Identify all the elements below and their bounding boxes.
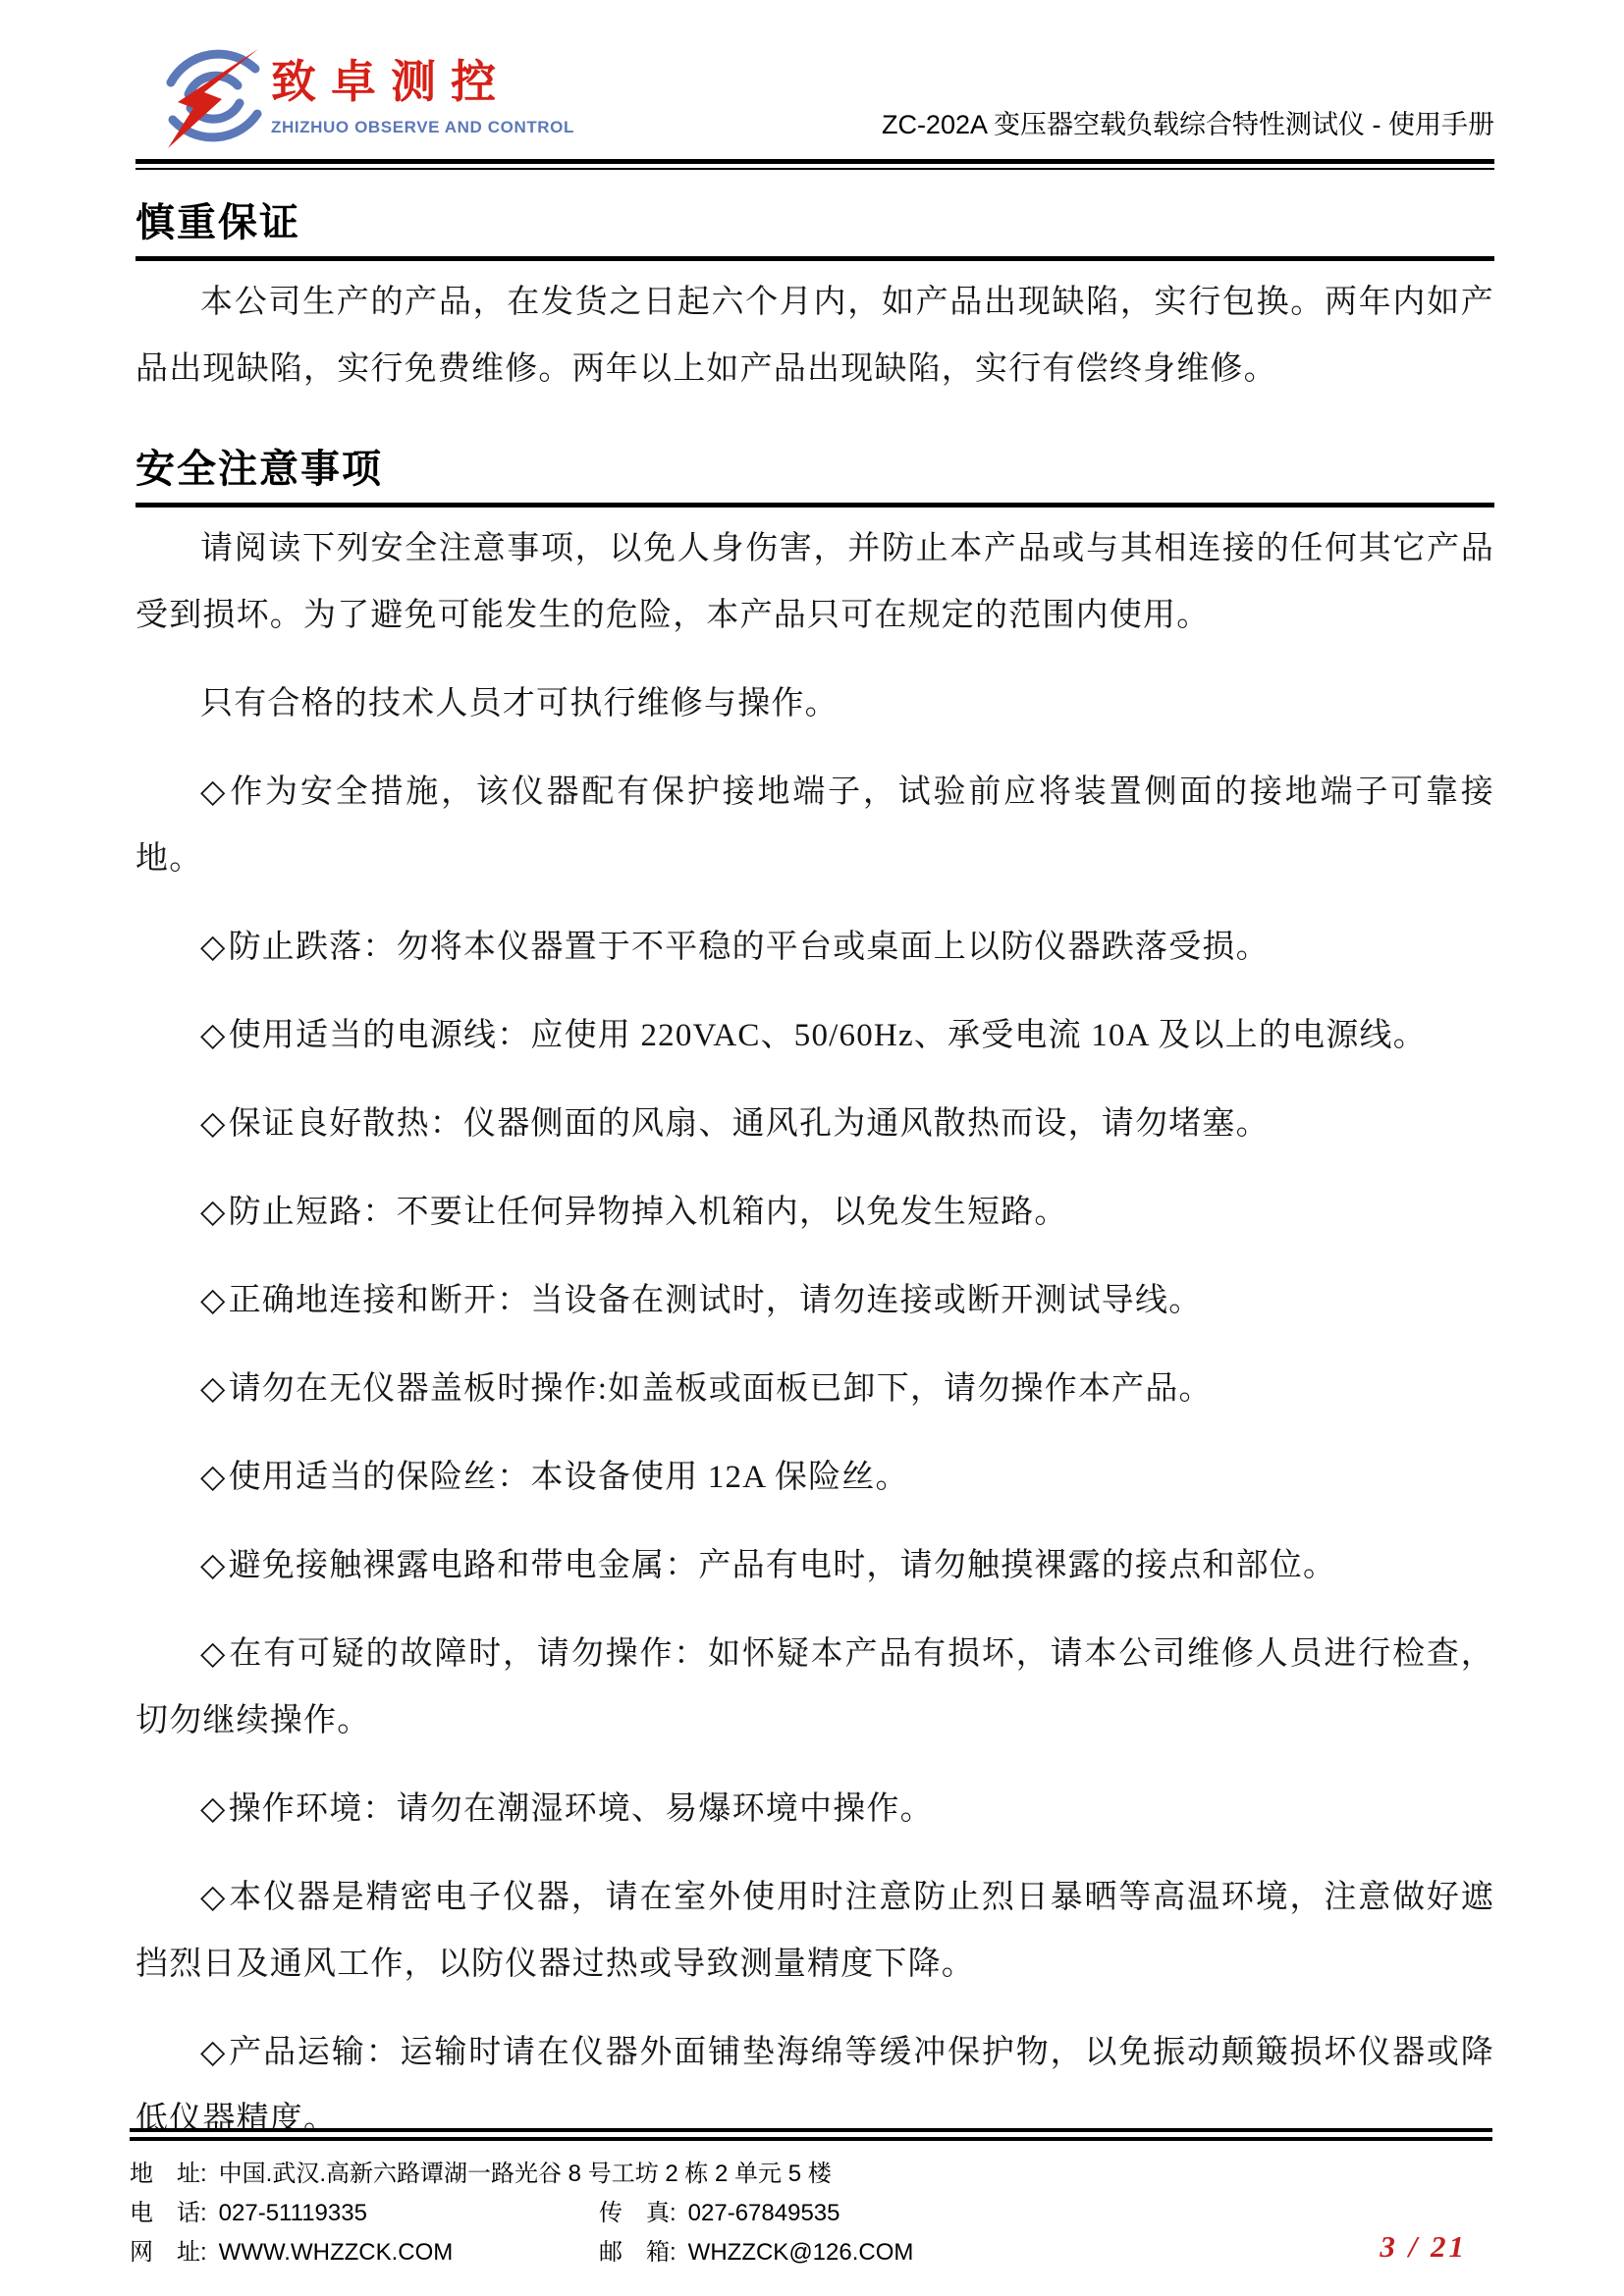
safety-bullet-text: 防止短路：不要让任何异物掉入机箱内，以免发生短路。	[229, 1195, 1068, 1230]
footer-email-value: WHZZCK@126.COM	[688, 2233, 914, 2272]
safety-bullet: ◇在有可疑的故障时，请勿操作：如怀疑本产品有损坏，请本公司维修人员进行检查，切勿…	[135, 1621, 1494, 1754]
safety-bullet-text: 防止跌落：勿将本仪器置于不平稳的平台或桌面上以防仪器跌落受损。	[229, 930, 1270, 965]
diamond-bullet-icon: ◇	[200, 1195, 227, 1230]
safety-bullet-text: 避免接触裸露电路和带电金属：产品有电时，请勿触摸裸露的接点和部位。	[229, 1548, 1337, 1583]
footer-email: 邮 箱: WHZZCK@126.COM	[599, 2233, 913, 2272]
footer-row-phone-fax: 电 话: 027-51119335 传 真: 027-67849535	[130, 2194, 1492, 2233]
doc-title: ZC-202A 变压器空载负载综合特性测试仪 - 使用手册	[882, 103, 1494, 141]
safety-bullet-text: 产品运输：运输时请在仪器外面铺垫海绵等缓冲保护物，以免振动颠簸损坏仪器或降低仪器…	[135, 2035, 1494, 2137]
diamond-bullet-icon: ◇	[200, 930, 227, 965]
heading-rule-warranty	[135, 256, 1494, 261]
safety-bullet: ◇使用适当的保险丝：本设备使用 12A 保险丝。	[135, 1444, 1494, 1511]
safety-bullet-text: 使用适当的保险丝：本设备使用 12A 保险丝。	[229, 1460, 909, 1495]
safety-bullet: ◇使用适当的电源线：应使用 220VAC、50/60Hz、承受电流 10A 及以…	[135, 1002, 1494, 1069]
footer-row-web-mail: 网 址: WWW.WHZZCK.COM 邮 箱: WHZZCK@126.COM	[130, 2233, 1492, 2272]
safety-bullet: ◇防止跌落：勿将本仪器置于不平稳的平台或桌面上以防仪器跌落受损。	[135, 914, 1494, 981]
section-heading-safety: 安全注意事项	[135, 446, 1494, 493]
footer-phone: 电 话: 027-51119335	[130, 2194, 599, 2233]
safety-bullet-text: 正确地连接和断开：当设备在测试时，请勿连接或断开测试导线。	[229, 1283, 1203, 1318]
warranty-paragraph: 本公司生产的产品，在发货之日起六个月内，如产品出现缺陷，实行包换。两年内如产品出…	[135, 269, 1494, 402]
footer-website-value: WWW.WHZZCK.COM	[219, 2233, 454, 2272]
page-number: 3 / 21	[1380, 2229, 1467, 2265]
footer-address: 地 址: 中国.武汉.高新六路谭湖一路光谷 8 号工坊 2 栋 2 单元 5 楼	[130, 2155, 832, 2194]
footer-row-address: 地 址: 中国.武汉.高新六路谭湖一路光谷 8 号工坊 2 栋 2 单元 5 楼	[130, 2155, 1492, 2194]
safety-bullet: ◇操作环境：请勿在潮湿环境、易爆环境中操作。	[135, 1776, 1494, 1842]
footer-fax-label: 传 真:	[599, 2194, 677, 2233]
brand-logo: 致卓测控 ZHIZHUO OBSERVE AND CONTROL	[161, 29, 574, 151]
safety-bullet: ◇作为安全措施，该仪器配有保护接地端子，试验前应将装置侧面的接地端子可靠接地。	[135, 759, 1494, 892]
brand-name: 致卓测控	[271, 59, 574, 104]
footer-address-label: 地 址:	[130, 2155, 207, 2194]
diamond-bullet-icon: ◇	[200, 774, 228, 810]
safety-bullet: ◇正确地连接和断开：当设备在测试时，请勿连接或断开测试导线。	[135, 1267, 1494, 1334]
footer-address-value: 中国.武汉.高新六路谭湖一路光谷 8 号工坊 2 栋 2 单元 5 楼	[219, 2155, 832, 2194]
header-rule	[135, 159, 1494, 170]
footer-fax: 传 真: 027-67849535	[599, 2194, 840, 2233]
safety-bullet: ◇防止短路：不要让任何异物掉入机箱内，以免发生短路。	[135, 1179, 1494, 1246]
page-footer: 地 址: 中国.武汉.高新六路谭湖一路光谷 8 号工坊 2 栋 2 单元 5 楼…	[130, 2128, 1492, 2272]
safety-bullet: ◇保证良好散热：仪器侧面的风扇、通风孔为通风散热而设，请勿堵塞。	[135, 1091, 1494, 1157]
footer-fax-value: 027-67849535	[688, 2194, 840, 2233]
footer-phone-label: 电 话:	[130, 2194, 207, 2233]
diamond-bullet-icon: ◇	[200, 1283, 227, 1318]
brand-logo-icon	[161, 47, 265, 151]
diamond-bullet-icon: ◇	[200, 2035, 227, 2070]
safety-bullet-text: 作为安全措施，该仪器配有保护接地端子，试验前应将装置侧面的接地端子可靠接地。	[135, 774, 1494, 877]
safety-bullet: ◇请勿在无仪器盖板时操作:如盖板或面板已卸下，请勿操作本产品。	[135, 1356, 1494, 1422]
heading-rule-safety	[135, 503, 1494, 507]
page-header: 致卓测控 ZHIZHUO OBSERVE AND CONTROL ZC-202A…	[135, 0, 1494, 151]
safety-personnel-paragraph: 只有合格的技术人员才可执行维修与操作。	[135, 670, 1494, 737]
safety-bullet: ◇避免接触裸露电路和带电金属：产品有电时，请勿触摸裸露的接点和部位。	[135, 1532, 1494, 1599]
safety-bullet-text: 请勿在无仪器盖板时操作:如盖板或面板已卸下，请勿操作本产品。	[229, 1371, 1213, 1407]
diamond-bullet-icon: ◇	[200, 1548, 227, 1583]
brand-subtitle: ZHIZHUO OBSERVE AND CONTROL	[271, 118, 574, 137]
diamond-bullet-icon: ◇	[200, 1791, 227, 1827]
safety-bullet-text: 在有可疑的故障时，请勿操作：如怀疑本产品有损坏，请本公司维修人员进行检查，切勿继…	[135, 1636, 1494, 1738]
brand-text: 致卓测控 ZHIZHUO OBSERVE AND CONTROL	[271, 29, 574, 151]
footer-website: 网 址: WWW.WHZZCK.COM	[130, 2233, 599, 2272]
footer-rule	[130, 2128, 1492, 2141]
manual-page: 致卓测控 ZHIZHUO OBSERVE AND CONTROL ZC-202A…	[0, 0, 1624, 2296]
diamond-bullet-icon: ◇	[200, 1106, 227, 1142]
diamond-bullet-icon: ◇	[200, 1460, 227, 1495]
page-content: 致卓测控 ZHIZHUO OBSERVE AND CONTROL ZC-202A…	[135, 0, 1494, 2174]
safety-bullet-text: 操作环境：请勿在潮湿环境、易爆环境中操作。	[229, 1791, 934, 1827]
footer-phone-value: 027-51119335	[219, 2194, 367, 2233]
diamond-bullet-icon: ◇	[200, 1371, 227, 1407]
section-heading-warranty: 慎重保证	[135, 199, 1494, 246]
footer-website-label: 网 址:	[130, 2233, 207, 2272]
safety-bullet-text: 本仪器是精密电子仪器，请在室外使用时注意防止烈日暴晒等高温环境，注意做好遮挡烈日…	[135, 1880, 1494, 1982]
safety-intro-paragraph: 请阅读下列安全注意事项，以免人身伤害，并防止本产品或与其相连接的任何其它产品受到…	[135, 515, 1494, 649]
diamond-bullet-icon: ◇	[200, 1880, 227, 1915]
safety-bullet: ◇本仪器是精密电子仪器，请在室外使用时注意防止烈日暴晒等高温环境，注意做好遮挡烈…	[135, 1864, 1494, 1998]
footer-email-label: 邮 箱:	[599, 2233, 677, 2272]
safety-bullet-text: 使用适当的电源线：应使用 220VAC、50/60Hz、承受电流 10A 及以上…	[229, 1018, 1427, 1053]
safety-bullet-text: 保证良好散热：仪器侧面的风扇、通风孔为通风散热而设，请勿堵塞。	[229, 1106, 1270, 1142]
diamond-bullet-icon: ◇	[200, 1636, 227, 1672]
diamond-bullet-icon: ◇	[200, 1018, 227, 1053]
